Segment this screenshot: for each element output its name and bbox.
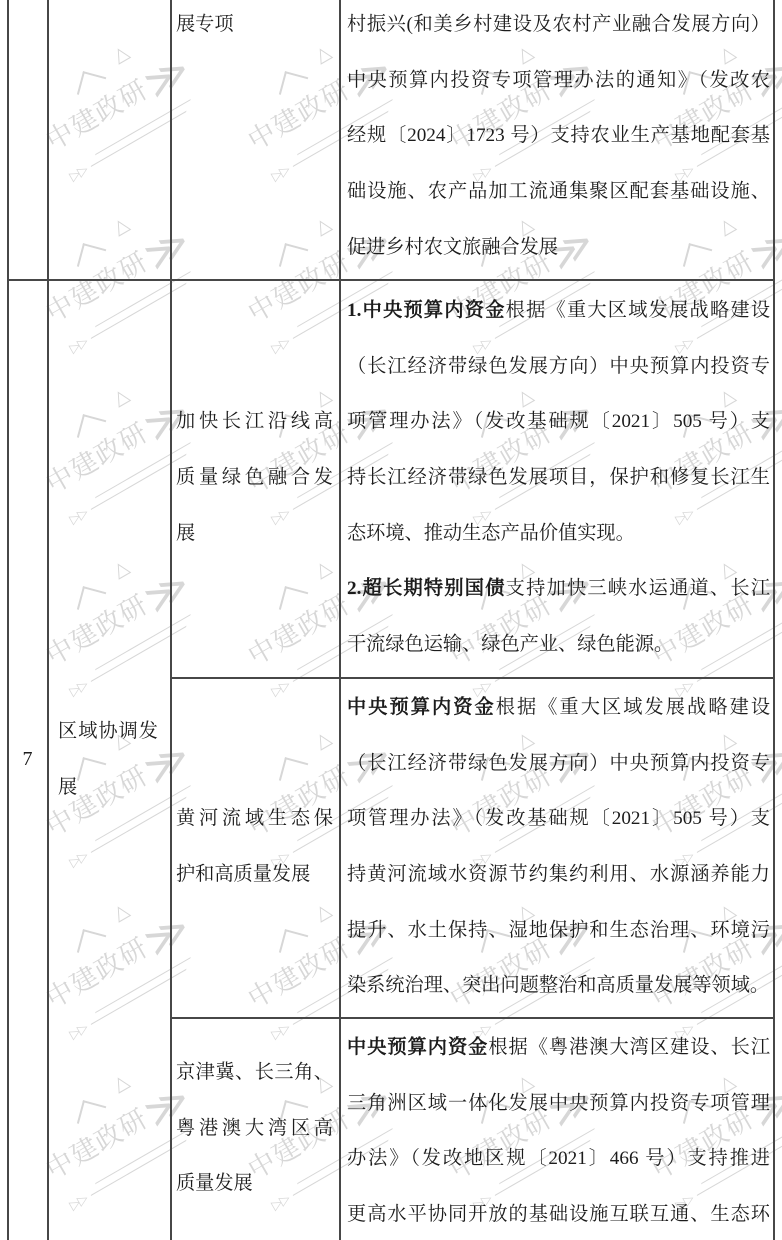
table-border-vertical-4 [339,0,341,1240]
text-line: 促进乡村农文旅融合发展 [347,220,770,276]
text-line: 三角洲区域一体化发展中央预算内投资专项管理 [347,1076,770,1132]
body-text: （长江经济带绿色发展方向）中央预算内投资专 [347,356,770,377]
text-line: 经规〔2024〕1723 号）支持农业生产基地配套基 [347,108,770,164]
body-text: 态环境、推动生态产品价值实现。 [347,523,635,544]
bold-fund-type-text: 2.超长期特别国债 [347,578,506,599]
body-text: 项管理办法》（发改基础规〔2021〕505 号）支 [347,411,770,432]
text-line: 项管理办法》（发改基础规〔2021〕505 号）支 [347,394,770,450]
text-line: 加快长江沿线高 [176,394,333,450]
body-text: 展专项 [176,14,234,35]
cell-subrow-2-detail: 中央预算内资金根据《重大区域发展战略建设（长江经济带绿色发展方向）中央预算内投资… [347,680,770,1014]
text-line: 区域协调发 [58,704,158,760]
body-text: 染系统治理、突出问题整治和高质量发展等领域。 [347,975,769,996]
text-line: 黄河流域生态保 [176,791,333,847]
table-border-vertical-2 [47,0,49,1240]
body-text: 京津冀、长三角、 [176,1062,333,1083]
bold-fund-type-text: 中央预算内资金 [347,697,496,718]
body-text: 更高水平协同开放的基础设施互联互通、生态环 [347,1204,770,1225]
bold-fund-type-text: 中央预算内资金 [347,1037,488,1058]
text-line: 持长江经济带绿色发展项目，保护和修复长江生 [347,450,770,506]
text-line: 态环境、推动生态产品价值实现。 [347,506,770,562]
cell-row-category: 区域协调发展 [58,279,158,1240]
text-line: 染系统治理、突出问题整治和高质量发展等领域。 [347,958,770,1014]
body-text: 护和高质量发展 [176,864,310,885]
body-text: 村振兴(和美乡村建设及农村产业融合发展方向） [347,14,770,35]
body-text: 干流绿色运输、绿色产业、绿色能源。 [347,634,673,655]
cell-row-number: 7 [8,279,47,1240]
body-text: 粤港澳大湾区高 [176,1118,333,1139]
cell-subrow-1-detail: 1.中央预算内资金根据《重大区域发展战略建设（长江经济带绿色发展方向）中央预算内… [347,283,770,673]
text-line: 持黄河流域水资源节约集约利用、水源涵养能力 [347,847,770,903]
body-text: 展 [58,777,77,798]
table-border-vertical-3 [170,0,172,1240]
cell-subrow-3-label: 京津冀、长三角、粤港澳大湾区高质量发展 [176,1017,333,1240]
text-line: 展专项 [176,0,333,53]
text-line: 京津冀、长三角、 [176,1045,333,1101]
body-text: 项管理办法》（发改基础规〔2021〕505 号）支 [347,808,770,829]
cell-prev-detail: 村振兴(和美乡村建设及农村产业融合发展方向）中央预算内投资专项管理办法的通知》（… [347,0,770,275]
cell-prev-sub-label: 展专项 [176,0,333,53]
body-text: 根据《粤港澳大湾区建设、长江 [488,1037,770,1058]
document-page: △中建政研≫▷▷△中建政研≫▷▷△中建政研≫▷▷△中建政研≫▷▷△中建政研≫▷▷… [0,0,782,1240]
text-line: 提升、水土保持、湿地保护和生态治理、环境污 [347,903,770,959]
text-line: 础设施、农产品加工流通集聚区配套基础设施、 [347,164,770,220]
body-text: 质量绿色融合发 [176,467,333,488]
text-line: 更高水平协同开放的基础设施互联互通、生态环 [347,1187,770,1240]
cell-subrow-2-label: 黄河流域生态保护和高质量发展 [176,677,333,1017]
text-line: 展 [58,760,158,816]
policy-table: 展专项 村振兴(和美乡村建设及农村产业融合发展方向）中央预算内投资专项管理办法的… [0,0,782,1240]
bold-fund-type-text: 1.中央预算内资金 [347,300,506,321]
body-text: 持长江经济带绿色发展项目，保护和修复长江生 [347,467,770,488]
text-line: 1.中央预算内资金根据《重大区域发展战略建设 [347,283,770,339]
body-text: 根据《重大区域发展战略建设 [506,300,770,321]
text-line: 办法》（发改地区规〔2021〕466 号）支持推进 [347,1131,770,1187]
text-line: 中央预算内资金根据《重大区域发展战略建设 [347,680,770,736]
cell-subrow-1-label: 加快长江沿线高质量绿色融合发展 [176,279,333,677]
body-text: 区域协调发 [58,721,158,742]
text-line: 2.超长期特别国债支持加快三峡水运通道、长江 [347,561,770,617]
text-line: 展 [176,506,333,562]
text-line: 中央预算内投资专项管理办法的通知》（发改农 [347,53,770,109]
body-text: 持黄河流域水资源节约集约利用、水源涵养能力 [347,864,770,885]
body-text: 支持加快三峡水运通道、长江 [506,578,770,599]
body-text: 提升、水土保持、湿地保护和生态治理、环境污 [347,920,770,941]
text-line: 质量绿色融合发 [176,450,333,506]
text-line: （长江经济带绿色发展方向）中央预算内投资专 [347,339,770,395]
table-border-vertical-5 [773,0,775,1240]
text-line: 质量发展 [176,1156,333,1212]
text-line: 护和高质量发展 [176,847,333,903]
body-text: 黄河流域生态保 [176,808,333,829]
cell-subrow-3-detail: 中央预算内资金根据《粤港澳大湾区建设、长江三角洲区域一体化发展中央预算内投资专项… [347,1020,770,1240]
body-text: 促进乡村农文旅融合发展 [347,237,558,258]
body-text: 三角洲区域一体化发展中央预算内投资专项管理 [347,1093,770,1114]
body-text: 加快长江沿线高 [176,411,333,432]
body-text: 础设施、农产品加工流通集聚区配套基础设施、 [347,181,770,202]
body-text: 展 [176,523,195,544]
body-text: （长江经济带绿色发展方向）中央预算内投资专 [347,753,770,774]
body-text: 根据《重大区域发展战略建设 [496,697,770,718]
text-line: 中央预算内资金根据《粤港澳大湾区建设、长江 [347,1020,770,1076]
body-text: 办法》（发改地区规〔2021〕466 号）支持推进 [347,1148,770,1169]
text-line: 粤港澳大湾区高 [176,1101,333,1157]
text-line: 项管理办法》（发改基础规〔2021〕505 号）支 [347,791,770,847]
text-line: 干流绿色运输、绿色产业、绿色能源。 [347,617,770,673]
text-line: （长江经济带绿色发展方向）中央预算内投资专 [347,736,770,792]
text-line: 村振兴(和美乡村建设及农村产业融合发展方向） [347,0,770,53]
body-text: 中央预算内投资专项管理办法的通知》（发改农 [347,70,770,91]
body-text: 质量发展 [176,1173,253,1194]
body-text: 经规〔2024〕1723 号）支持农业生产基地配套基 [347,125,770,146]
